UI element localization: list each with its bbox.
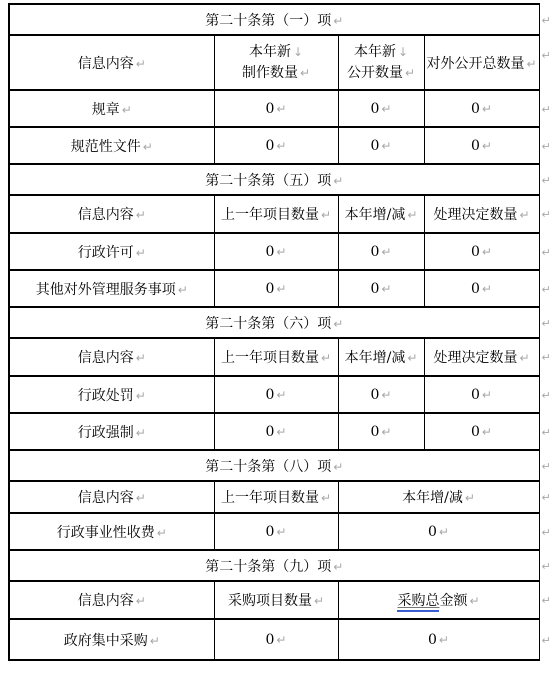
row-label: 政府集中采购 [64,633,148,649]
paragraph-mark-icon: ↵ [465,491,475,505]
paragraph-mark-icon: ↵ [276,282,286,296]
cell-value: 0 [471,387,480,403]
paragraph-mark-icon: ↵ [136,351,146,365]
row-label: 行政强制 [78,425,134,441]
header-cell[interactable]: 信息内容↵ [9,35,214,90]
row-end-cell: ↵ [539,550,553,581]
header-label: 本年增/减 [345,207,406,223]
paragraph-mark-icon: ↵ [321,351,331,365]
value-cell[interactable]: 0↵ [338,376,424,413]
header-label: 本年增/减 [402,490,463,506]
header-cell[interactable]: 信息内容↵ [9,195,214,233]
paragraph-mark-icon: ↵ [276,245,286,259]
paragraph-mark-icon: ↵ [482,102,492,116]
data-row: 规章↵ 0↵ 0↵ 0↵ ↵ [9,90,553,127]
cell-value: 0 [266,138,275,154]
value-cell[interactable]: 0↵ [214,233,338,270]
value-cell[interactable]: 0↵ [424,90,539,127]
paragraph-mark-icon: ↵ [381,245,391,259]
header-cell[interactable]: 本年增/减↵ [338,195,424,233]
value-cell[interactable]: 0↵ [338,233,424,270]
header-row: 信息内容↵ 采购项目数量↵ 采购总金额↵ ↵ [9,581,553,619]
paragraph-mark-icon: ↵ [407,208,417,222]
header-cell[interactable]: 上一年项目数量↵ [214,338,338,376]
cell-value: 0 [471,101,480,117]
header-label: 上一年项目数量 [221,490,319,506]
value-cell[interactable]: 0↵ [424,376,539,413]
section-title-row: 第二十条第（五）项↵ ↵ [9,164,553,195]
grammar-underlined-text: 采购总 [397,593,439,612]
paragraph-mark-icon: ↵ [333,14,343,28]
value-cell[interactable]: 0↵ [424,127,539,164]
value-cell[interactable]: 0↵ [214,127,338,164]
header-cell[interactable]: 信息内容↵ [9,338,214,376]
header-cell[interactable]: 本年新↓ 制作数量↵ [214,35,338,90]
paragraph-mark-icon: ↵ [482,139,492,153]
row-end-mark-icon: ↵ [542,174,551,187]
row-end-cell: ↵ [539,619,553,660]
section-title-row: 第二十条第（八）项↵ ↵ [9,450,553,481]
paragraph-mark-icon: ↵ [439,525,449,539]
paragraph-mark-icon: ↵ [136,57,146,71]
header-cell[interactable]: 信息内容↵ [9,481,214,513]
paragraph-mark-icon: ↵ [122,103,132,117]
paragraph-mark-icon: ↵ [407,351,417,365]
paragraph-mark-icon: ↵ [136,389,146,403]
header-row: 信息内容↵ 上一年项目数量↵ 本年增/减↵ 处理决定数量↵ ↵ [9,195,553,233]
paragraph-mark-icon: ↵ [276,102,286,116]
row-end-mark-icon: ↵ [542,14,551,27]
data-row: 行政许可↵ 0↵ 0↵ 0↵ ↵ [9,233,553,270]
paragraph-mark-icon: ↵ [439,633,449,647]
row-label-cell[interactable]: 规章↵ [9,90,214,127]
row-label: 规范性文件 [71,139,141,155]
value-cell[interactable]: 0↵ [424,233,539,270]
row-end-mark-icon: ↵ [542,49,551,62]
cell-value: 0 [471,424,480,440]
document-page: 第二十条第（一）项↵ ↵ 信息内容↵ 本年新↓ 制作数量↵ 本年新↓ 公开数量↵… [0,0,553,661]
value-cell[interactable]: 0↵ [338,90,424,127]
header-label: 本年增/减 [345,350,406,366]
paragraph-mark-icon: ↵ [333,460,343,474]
row-end-cell: ↵ [539,413,553,450]
header-label: 公开数量 [347,65,403,81]
header-cell[interactable]: 对外公开总数量↵ [424,35,539,90]
row-end-mark-icon: ↵ [542,283,551,296]
row-end-mark-icon: ↵ [542,594,551,607]
cell-value: 0 [428,632,437,648]
section-title: 第二十条第（六）项 [205,316,331,332]
header-row: 信息内容↵ 本年新↓ 制作数量↵ 本年新↓ 公开数量↵ 对外公开总数量↵ ↵ [9,35,553,90]
row-end-cell: ↵ [539,90,553,127]
value-cell[interactable]: 0↵ [214,376,338,413]
paragraph-mark-icon: ↵ [178,283,188,297]
cell-value: 0 [428,524,437,540]
row-label-cell[interactable]: 行政强制↵ [9,413,214,450]
paragraph-mark-icon: ↵ [482,245,492,259]
section-title-row: 第二十条第（六）项↵ ↵ [9,307,553,338]
section-title-cell[interactable]: 第二十条第（一）项↵ [9,4,539,35]
paragraph-mark-icon: ↵ [482,425,492,439]
value-cell[interactable]: 0↵ [338,513,539,550]
data-row: 规范性文件↵ 0↵ 0↵ 0↵ ↵ [9,127,553,164]
header-label: 信息内容 [78,490,134,506]
paragraph-mark-icon: ↵ [321,491,331,505]
paragraph-mark-icon: ↵ [381,282,391,296]
row-end-mark-icon: ↵ [542,246,551,259]
paragraph-mark-icon: ↵ [321,208,331,222]
paragraph-mark-icon: ↵ [136,491,146,505]
header-cell[interactable]: 本年增/减↵ [338,481,539,513]
data-row: 行政事业性收费↵ 0↵ 0↵ ↵ [9,513,553,550]
row-label: 其他对外管理服务事项 [36,282,176,298]
paragraph-mark-icon: ↵ [381,425,391,439]
row-end-cell: ↵ [539,513,553,550]
cell-value: 0 [266,244,275,260]
data-row: 行政处罚↵ 0↵ 0↵ 0↵ ↵ [9,376,553,413]
row-end-cell: ↵ [539,338,553,376]
row-end-mark-icon: ↵ [542,460,551,473]
value-cell[interactable]: 0↵ [214,619,338,660]
cell-value: 0 [266,101,275,117]
row-label-cell[interactable]: 规范性文件↵ [9,127,214,164]
row-label-cell[interactable]: 行政许可↵ [9,233,214,270]
header-cell[interactable]: 信息内容↵ [9,581,214,619]
paragraph-mark-icon: ↵ [150,634,160,648]
cell-value: 0 [266,424,275,440]
row-end-mark-icon: ↵ [542,560,551,573]
paragraph-mark-icon: ↵ [276,633,286,647]
annual-report-table: 第二十条第（一）项↵ ↵ 信息内容↵ 本年新↓ 制作数量↵ 本年新↓ 公开数量↵… [8,3,553,661]
row-end-mark-icon: ↵ [542,526,551,539]
paragraph-mark-icon: ↵ [136,426,146,440]
row-label: 行政处罚 [78,388,134,404]
paragraph-mark-icon: ↵ [136,246,146,260]
header-cell[interactable]: 上一年项目数量↵ [214,481,338,513]
value-cell[interactable]: 0↵ [338,270,424,307]
paragraph-mark-icon: ↵ [519,208,529,222]
header-cell[interactable]: 上一年项目数量↵ [214,195,338,233]
header-cell[interactable]: 处理决定数量↵ [424,338,539,376]
value-cell[interactable]: 0↵ [424,270,539,307]
paragraph-mark-icon: ↵ [136,208,146,222]
section-title-cell[interactable]: 第二十条第（八）项↵ [9,450,539,481]
row-end-cell: ↵ [539,164,553,195]
cell-value: 0 [266,281,275,297]
paragraph-mark-icon: ↵ [381,102,391,116]
cell-value: 0 [371,244,380,260]
row-end-mark-icon: ↵ [542,103,551,116]
header-label: 本年新 [249,44,291,60]
paragraph-mark-icon: ↵ [527,57,537,71]
section-title-cell[interactable]: 第二十条第（五）项↵ [9,164,539,195]
header-label: 处理决定数量 [433,350,517,366]
paragraph-mark-icon: ↵ [381,139,391,153]
row-label: 行政事业性收费 [57,525,155,541]
header-label: 制作数量 [242,65,298,81]
value-cell[interactable]: 0↵ [338,127,424,164]
row-end-mark-icon: ↵ [542,491,551,504]
row-label-cell[interactable]: 行政处罚↵ [9,376,214,413]
row-end-cell: ↵ [539,307,553,338]
row-end-mark-icon: ↵ [542,140,551,153]
paragraph-mark-icon: ↵ [333,317,343,331]
row-end-cell: ↵ [539,127,553,164]
paragraph-mark-icon: ↵ [143,140,153,154]
paragraph-mark-icon: ↵ [276,388,286,402]
row-end-cell: ↵ [539,376,553,413]
cell-value: 0 [371,387,380,403]
row-label: 规章 [92,102,120,118]
header-label: 采购项目数量 [228,593,312,609]
header-cell[interactable]: 采购总金额↵ [338,581,539,619]
row-end-mark-icon: ↵ [542,426,551,439]
value-cell[interactable]: 0↵ [338,413,424,450]
cell-value: 0 [371,101,380,117]
section-title-row: 第二十条第（九）项↵ ↵ [9,550,553,581]
paragraph-mark-icon: ↵ [157,526,167,540]
cell-value: 0 [266,387,275,403]
header-label: 信息内容 [78,207,134,223]
data-row: 其他对外管理服务事项↵ 0↵ 0↵ 0↵ ↵ [9,270,553,307]
row-end-cell: ↵ [539,233,553,270]
paragraph-mark-icon: ↵ [276,139,286,153]
cell-value: 0 [471,138,480,154]
section-title: 第二十条第（八）项 [205,459,331,475]
header-label: 本年新 [354,44,396,60]
paragraph-mark-icon: ↵ [276,525,286,539]
paragraph-mark-icon: ↵ [405,66,415,80]
row-label: 行政许可 [78,245,134,261]
row-label-cell[interactable]: 其他对外管理服务事项↵ [9,270,214,307]
row-end-mark-icon: ↵ [542,634,551,647]
row-end-cell: ↵ [539,35,553,90]
header-label: 上一年项目数量 [221,207,319,223]
cell-value: 0 [266,524,275,540]
row-end-cell: ↵ [539,4,553,35]
line-break-mark-icon: ↓ [293,45,303,59]
data-row: 行政强制↵ 0↵ 0↵ 0↵ ↵ [9,413,553,450]
line-break-mark-icon: ↓ [398,45,408,59]
paragraph-mark-icon: ↵ [333,174,343,188]
paragraph-mark-icon: ↵ [519,351,529,365]
paragraph-mark-icon: ↵ [333,560,343,574]
row-end-cell: ↵ [539,195,553,233]
header-cell[interactable]: 本年新↓ 公开数量↵ [338,35,424,90]
paragraph-mark-icon: ↵ [469,594,479,608]
paragraph-mark-icon: ↵ [314,594,324,608]
row-end-cell: ↵ [539,450,553,481]
cell-value: 0 [371,424,380,440]
cell-value: 0 [471,244,480,260]
header-label: 信息内容 [78,593,134,609]
value-cell[interactable]: 0↵ [214,513,338,550]
row-end-mark-icon: ↵ [542,317,551,330]
header-label: 对外公开总数量 [427,56,525,72]
header-label: 上一年项目数量 [221,350,319,366]
header-label: 信息内容 [78,56,134,72]
row-end-mark-icon: ↵ [542,389,551,402]
paragraph-mark-icon: ↵ [276,425,286,439]
data-row: 政府集中采购↵ 0↵ 0↵ ↵ [9,619,553,660]
header-row: 信息内容↵ 上一年项目数量↵ 本年增/减↵ ↵ [9,481,553,513]
cell-value: 0 [371,138,380,154]
section-title: 第二十条第（五）项 [205,173,331,189]
header-row: 信息内容↵ 上一年项目数量↵ 本年增/减↵ 处理决定数量↵ ↵ [9,338,553,376]
header-label: 处理决定数量 [433,207,517,223]
paragraph-mark-icon: ↵ [482,388,492,402]
row-label-cell[interactable]: 政府集中采购↵ [9,619,214,660]
cell-value: 0 [471,281,480,297]
value-cell[interactable]: 0↵ [338,619,539,660]
section-title-row: 第二十条第（一）项↵ ↵ [9,4,553,35]
paragraph-mark-icon: ↵ [482,282,492,296]
paragraph-mark-icon: ↵ [136,594,146,608]
section-title: 第二十条第（九）项 [205,559,331,575]
cell-value: 0 [266,632,275,648]
header-label: 信息内容 [78,350,134,366]
row-end-cell: ↵ [539,270,553,307]
cell-value: 0 [371,281,380,297]
value-cell[interactable]: 0↵ [214,270,338,307]
header-cell[interactable]: 采购项目数量↵ [214,581,338,619]
header-cell[interactable]: 本年增/减↵ [338,338,424,376]
header-label: 金额 [439,593,467,609]
row-label-cell[interactable]: 行政事业性收费↵ [9,513,214,550]
paragraph-mark-icon: ↵ [300,66,310,80]
value-cell[interactable]: 0↵ [424,413,539,450]
row-end-cell: ↵ [539,581,553,619]
section-title-cell[interactable]: 第二十条第（六）项↵ [9,307,539,338]
row-end-cell: ↵ [539,481,553,513]
row-end-mark-icon: ↵ [542,351,551,364]
header-cell[interactable]: 处理决定数量↵ [424,195,539,233]
paragraph-mark-icon: ↵ [381,388,391,402]
value-cell[interactable]: 0↵ [214,90,338,127]
section-title: 第二十条第（一）项 [205,13,331,29]
row-end-mark-icon: ↵ [542,208,551,221]
section-title-cell[interactable]: 第二十条第（九）项↵ [9,550,539,581]
value-cell[interactable]: 0↵ [214,413,338,450]
